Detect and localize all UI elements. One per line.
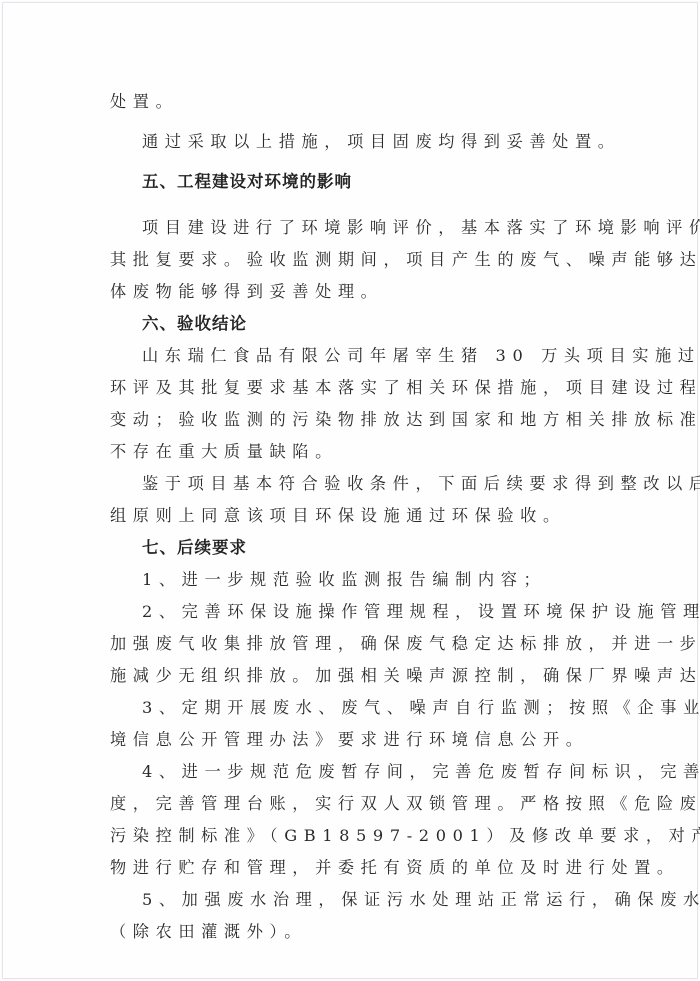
document-body: 处置。 通过采取以上措施，项目固废均得到妥善处置。 五、工程建设对环境的影响 项… [110, 86, 596, 948]
section-heading-5: 五、工程建设对环境的影响 [110, 166, 596, 198]
paragraph-line: 体废物能够得到妥善处理。 [110, 276, 596, 308]
paragraph-line: 境信息公开管理办法》要求进行环境信息公开。 [110, 724, 596, 756]
paragraph-line: 变动；验收监测的污染物排放达到国家和地方相关排放标准，验收报告 [110, 404, 596, 436]
paragraph-line: 加强废气收集排放管理，确保废气稳定达标排放，并进一步采取措 [110, 628, 596, 660]
paragraph-line: 通过采取以上措施，项目固废均得到妥善处置。 [110, 126, 596, 158]
paragraph-line: 物进行贮存和管理，并委托有资质的单位及时进行处置。 [110, 852, 596, 884]
paragraph-line: 施减少无组织排放。加强相关噪声源控制，确保厂界噪声达标排放。 [110, 660, 596, 692]
paragraph-line: 处置。 [110, 86, 596, 118]
paragraph-line: 度，完善管理台账，实行双人双锁管理。严格按照《危险废物贮存 [110, 788, 596, 820]
paragraph-line: 鉴于项目基本符合验收条件，下面后续要求得到整改以后，验收 [110, 468, 596, 500]
paragraph-line: 不存在重大质量缺陷。 [110, 436, 596, 468]
paragraph-line: 组原则上同意该项目环保设施通过环保验收。 [110, 500, 596, 532]
paragraph-line: 项目建设进行了环境影响评价，基本落实了环境影响评价文件及 [110, 212, 596, 244]
list-item-1: 1、进一步规范验收监测报告编制内容； [110, 564, 596, 596]
list-item-2: 2、完善环保设施操作管理规程，设置环境保护设施管理台帐， [110, 596, 596, 628]
section-heading-7: 七、后续要求 [110, 532, 596, 564]
paragraph-line: （除农田灌溉外）。 [110, 916, 596, 948]
list-item-5: 5、加强废水治理，保证污水处理站正常运行，确保废水不外排 [110, 884, 596, 916]
paragraph-line: 污染控制标准》（GB18597-2001）及修改单要求，对产生的危险废 [110, 820, 596, 852]
paragraph-line: 其批复要求。验收监测期间，项目产生的废气、噪声能够达标排放，固 [110, 244, 596, 276]
list-item-3: 3、定期开展废水、废气、噪声自行监测；按照《企事业单位环 [110, 692, 596, 724]
paragraph-line: 环评及其批复要求基本落实了相关环保措施，项目建设过程未发生重大 [110, 372, 596, 404]
list-item-4: 4、进一步规范危废暂存间，完善危废暂存间标识，完善管理制 [110, 756, 596, 788]
section-heading-6: 六、验收结论 [110, 308, 596, 340]
paragraph-line: 山东瑞仁食品有限公司年屠宰生猪 30 万头项目实施过程中按照 [110, 340, 596, 372]
